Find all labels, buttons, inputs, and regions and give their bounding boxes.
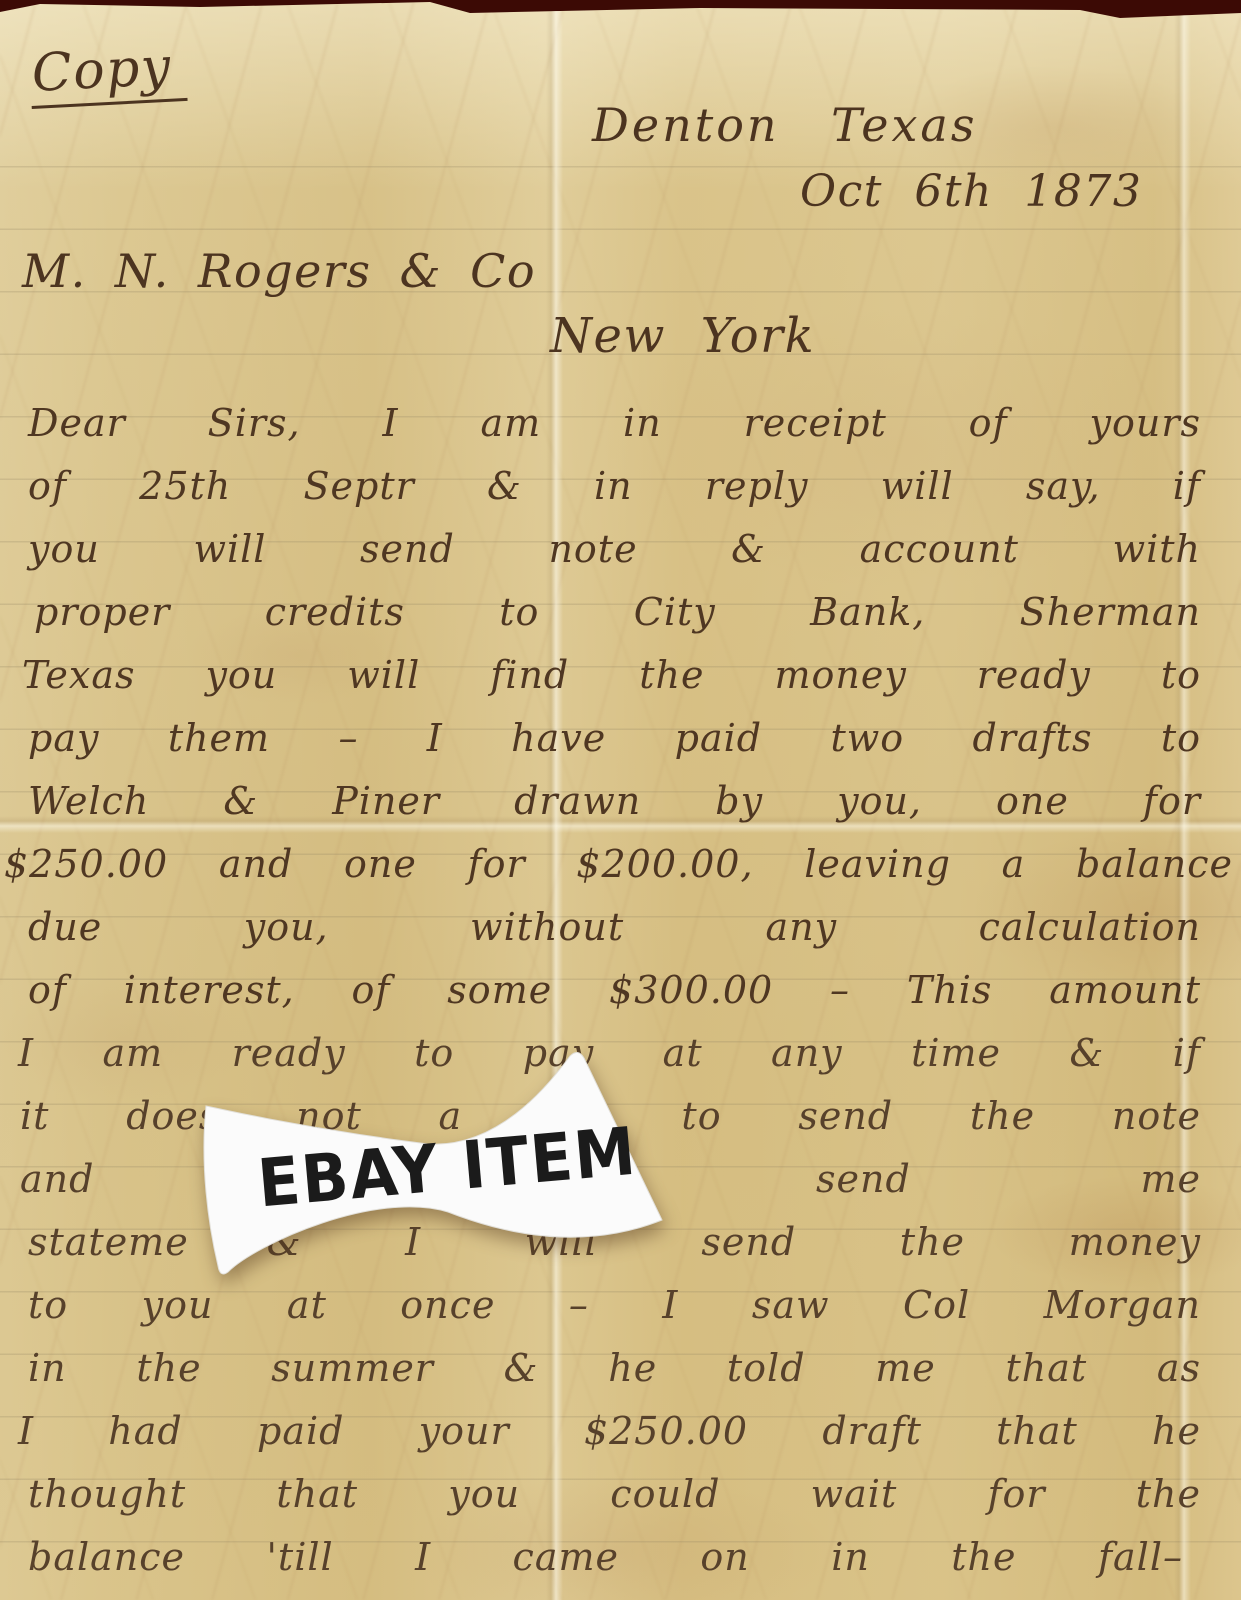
letter-line: Welch & Piner drawn by you, one for: [0, 770, 1241, 833]
dateline-date: Oct 6th 1873: [800, 166, 1142, 217]
letter-line: you will send note & account with: [0, 518, 1241, 581]
letter-line: of interest, of some $300.00 – This amou…: [0, 959, 1241, 1022]
photo-of-letter: Copy Denton Texas Oct 6th 1873 M. N. Rog…: [0, 0, 1241, 1600]
letter-line: pay them – I have paid two drafts to: [0, 707, 1241, 770]
letter-line: in the summer & he told me that as: [0, 1337, 1241, 1400]
copy-annotation: Copy: [28, 36, 187, 109]
ebay-item-slip: EBAY ITEM: [196, 1044, 696, 1304]
addressee-city: New York: [550, 308, 815, 364]
letter-paper: Copy Denton Texas Oct 6th 1873 M. N. Rog…: [0, 0, 1241, 1600]
letter-line: Texas you will find the money ready to: [0, 644, 1241, 707]
letter-line: of 25th Septr & in reply will say, if: [0, 455, 1241, 518]
letter-line: $250.00 and one for $200.00, leaving a b…: [0, 833, 1241, 896]
letter-line: I had paid your $250.00 draft that he: [0, 1400, 1241, 1463]
letter-body: Dear Sirs, I am in receipt of yours of 2…: [0, 392, 1241, 1600]
dateline-place: Denton Texas: [592, 98, 977, 152]
addressee-name: M. N. Rogers & Co: [22, 244, 536, 298]
letter-line: proper credits to City Bank, Sherman: [0, 581, 1241, 644]
letter-line: balance 'till I came on in the fall–: [0, 1526, 1241, 1589]
letter-line: thought that you could wait for the: [0, 1463, 1241, 1526]
letter-line: Dear Sirs, I am in receipt of yours: [0, 392, 1241, 455]
slip-shape: EBAY ITEM: [196, 1044, 696, 1304]
letter-line: due you, without any calculation: [0, 896, 1241, 959]
